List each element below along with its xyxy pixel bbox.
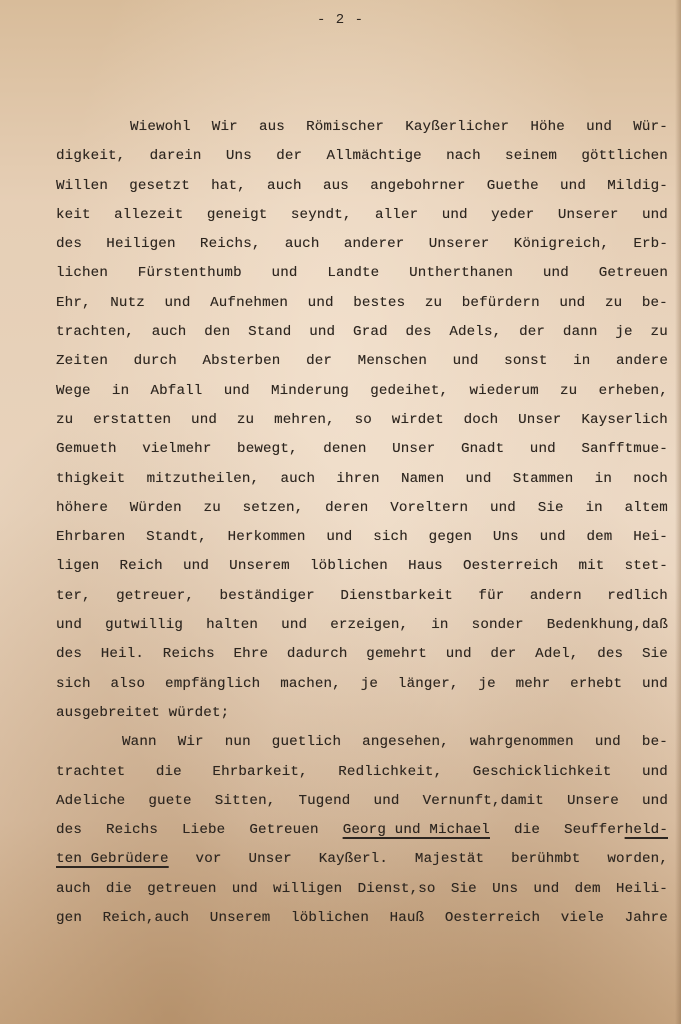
word: zu [56, 406, 73, 435]
word: Getreuen [599, 259, 668, 288]
page-number: - 2 - [0, 12, 681, 28]
word: Adeliche [56, 787, 125, 816]
word: ligen [56, 552, 99, 581]
word: Oesterreich [463, 552, 558, 581]
word: und [183, 552, 209, 581]
text-line: WannWirnunguetlichangesehen,wahrgenommen… [56, 728, 668, 757]
word: zu [605, 289, 622, 318]
word: thigkeit [56, 465, 125, 494]
word: und [326, 523, 352, 552]
word: seyndt, [291, 201, 352, 230]
word: halten [206, 611, 258, 640]
word: ter, [56, 582, 91, 611]
word: mitzutheilen, [147, 465, 260, 494]
word: des [56, 640, 82, 669]
word: dem [586, 523, 612, 552]
word: Unserem [210, 904, 271, 933]
word: und [642, 201, 668, 230]
word: Getreuen [249, 816, 318, 845]
word: der [519, 318, 545, 347]
word: darein [150, 142, 202, 171]
word: und [446, 640, 472, 669]
word: Sie [538, 494, 564, 523]
word: machen, [280, 670, 341, 699]
word: und [595, 728, 621, 757]
word: willigen [273, 875, 342, 904]
word: Grad [353, 318, 388, 347]
word: Sanfftmue- [581, 435, 668, 464]
word: Hauß [390, 904, 425, 933]
word: vor [196, 845, 222, 874]
word: und [56, 611, 82, 640]
word: Wiewohl [130, 113, 191, 142]
word: Jahre [625, 904, 668, 933]
word: Sitten, [215, 787, 276, 816]
word: Uns [492, 875, 518, 904]
word: den [204, 318, 230, 347]
word: zu [425, 289, 442, 318]
word: und [308, 289, 334, 318]
word: Abfall [150, 377, 202, 406]
word: Minderung [271, 377, 349, 406]
word: Ehrbarkeit, [212, 758, 307, 787]
word: aller [375, 201, 418, 230]
word: Geschicklichkeit [473, 758, 612, 787]
text-line: desHeiligenReichs,auchandererUnsererKöni… [56, 230, 668, 259]
word: Würden [130, 494, 182, 523]
word: Aufnehmen [210, 289, 288, 318]
word: Absterben [203, 347, 281, 376]
word: Majestät [415, 845, 484, 874]
word: seinem [505, 142, 557, 171]
word: auch [56, 875, 91, 904]
word: Reichs [163, 640, 215, 669]
word: Liebe [182, 816, 225, 845]
word: sonder [472, 611, 524, 640]
word: Wann [122, 728, 157, 757]
word: und [374, 787, 400, 816]
word: Sie [451, 875, 477, 904]
text-line: digkeit,dareinUnsderAllmächtigenachseine… [56, 142, 668, 171]
word: Unserer [558, 201, 619, 230]
word: des [56, 230, 82, 259]
word: Tugend [298, 787, 350, 816]
word: bestes [353, 289, 405, 318]
word: erheben, [599, 377, 668, 406]
text-line: ausgebreitet würdet; [56, 699, 668, 728]
word: in [586, 494, 603, 523]
word: Unser [392, 435, 435, 464]
word: Allmächtige [326, 142, 421, 171]
text-line: undgutwillighaltenunderzeigen,insonderBe… [56, 611, 668, 640]
word: und [466, 465, 492, 494]
word: stet- [625, 552, 668, 581]
word: gutwillig [105, 611, 183, 640]
text-line: desHeil.ReichsEhredadurchgemehrtundderAd… [56, 640, 668, 669]
word: Stammen [513, 465, 574, 494]
text-line: ten GebrüderevorUnserKayßerl.Majestätber… [56, 845, 668, 874]
word: Zeiten [56, 347, 108, 376]
word: deren [325, 494, 368, 523]
word: Stand [248, 318, 291, 347]
word: keit [56, 201, 91, 230]
word: aus [323, 172, 349, 201]
word: Unserem [229, 552, 290, 581]
text-line: desReichsLiebeGetreuenGeorg und Michaeld… [56, 816, 668, 845]
word: yeder [491, 201, 534, 230]
word: Adel, [535, 640, 578, 669]
word: Heili- [616, 875, 668, 904]
word: je [478, 670, 495, 699]
word: Dienst,so [358, 875, 436, 904]
word: dadurch [287, 640, 348, 669]
word: guetlich [272, 728, 341, 757]
word: und [191, 406, 217, 435]
word: befürdern [462, 289, 540, 318]
word: empfänglich [165, 670, 260, 699]
word: sonst [504, 347, 547, 376]
word: und [642, 758, 668, 787]
text-line: trachten,auchdenStandundGraddesAdels,der… [56, 318, 668, 347]
word: und [530, 435, 556, 464]
word: vielmehr [142, 435, 211, 464]
word: Dienstbarkeit [340, 582, 453, 611]
word: erstatten [93, 406, 171, 435]
word: andern [530, 582, 582, 611]
word: be- [642, 289, 668, 318]
word: Guethe [487, 172, 539, 201]
word: Reichs [106, 816, 158, 845]
word: für [478, 582, 504, 611]
text-line: thigkeitmitzutheilen,auchihrenNamenundSt… [56, 465, 668, 494]
underlined-surname-end: ten Gebrüdere [56, 845, 169, 874]
text-line: AdelichegueteSitten,TugendundVernunft,da… [56, 787, 668, 816]
text-line: lichenFürstenthumbundLandteUntherthanenu… [56, 259, 668, 288]
word: mehren, [274, 406, 335, 435]
word: gegen [429, 523, 472, 552]
word: anderer [344, 230, 405, 259]
word: nach [446, 142, 481, 171]
word: sich [56, 670, 91, 699]
word: wahrgenommen [470, 728, 574, 757]
word: Wür- [633, 113, 668, 142]
word: Ehrbaren [56, 523, 125, 552]
word: Willen [56, 172, 108, 201]
word: Nutz [110, 289, 145, 318]
word: zu [204, 494, 221, 523]
text-line: WiewohlWirausRömischerKayßerlicherHöheun… [56, 113, 668, 142]
word: Wir [212, 113, 238, 142]
word: Reich,auch [103, 904, 190, 933]
word: berühmbt [511, 845, 580, 874]
word: Unser [248, 845, 291, 874]
word: worden, [607, 845, 668, 874]
word: Vernunft,damit [423, 787, 544, 816]
word: und [281, 611, 307, 640]
text-line: Gemuethvielmehrbewegt,denenUnserGnadtund… [56, 435, 668, 464]
word: Höhe [530, 113, 565, 142]
word: nun [225, 728, 251, 757]
text-line: ter,getreuer,beständigerDienstbarkeitfür… [56, 582, 668, 611]
word: und [453, 347, 479, 376]
word: in [573, 347, 590, 376]
word: der [276, 142, 302, 171]
word: Gemueth [56, 435, 117, 464]
word: auch [285, 230, 320, 259]
text-line: Ehr,NutzundAufnehmenundbesteszubefürdern… [56, 289, 668, 318]
word: Mildig- [607, 172, 668, 201]
word: lichen [56, 259, 108, 288]
word: angebohrner [370, 172, 465, 201]
underlined-names: Georg und Michael [343, 816, 490, 845]
word: und [442, 201, 468, 230]
word: setzen, [243, 494, 304, 523]
text-line: sichalsoempfänglichmachen,jelänger,jemeh… [56, 670, 668, 699]
text-line: keitallezeitgeneigtseyndt,allerundyederU… [56, 201, 668, 230]
word: der [306, 347, 332, 376]
text-line: EhrbarenStandt,HerkommenundsichgegenUnsu… [56, 523, 668, 552]
word: zu [560, 377, 577, 406]
word: Haus [408, 552, 443, 581]
word: Hei- [633, 523, 668, 552]
word: und [165, 289, 191, 318]
word: Sie [642, 640, 668, 669]
word: des [56, 816, 82, 845]
word: Reichs, [200, 230, 261, 259]
text-line: höhereWürdenzusetzen,derenVorelternundSi… [56, 494, 668, 523]
word: auch [152, 318, 187, 347]
word: erhebt [570, 670, 622, 699]
word: beständiger [220, 582, 315, 611]
word: mit [578, 552, 604, 581]
word: des [406, 318, 432, 347]
word: ihren [336, 465, 379, 494]
surname-part: Seufferheld- [564, 816, 668, 845]
text-line: Willengesetzthat,auchausangebohrnerGueth… [56, 172, 668, 201]
word: Bedenkhung,daß [547, 611, 668, 640]
word: Gnadt [461, 435, 504, 464]
word: so [355, 406, 372, 435]
word: und [586, 113, 612, 142]
text-line: genReich,auchUnseremlöblichenHaußOesterr… [56, 904, 668, 933]
word: erzeigen, [330, 611, 408, 640]
word: die [156, 758, 182, 787]
word: und [642, 670, 668, 699]
word: löblichen [291, 904, 369, 933]
word: aus [259, 113, 285, 142]
word: Wir [178, 728, 204, 757]
word: göttlichen [581, 142, 668, 171]
word: wirdet [392, 406, 444, 435]
word: redlich [607, 582, 668, 611]
word: bewegt, [237, 435, 298, 464]
word: Untherthanen [409, 259, 513, 288]
word: wiederum [469, 377, 538, 406]
word: Oesterreich [445, 904, 540, 933]
word: Wege [56, 377, 91, 406]
word: getreuer, [116, 582, 194, 611]
text-line: trachtetdieEhrbarkeit,Redlichkeit,Geschi… [56, 758, 668, 787]
word: und [272, 259, 298, 288]
word: und [533, 875, 559, 904]
word: und [559, 289, 585, 318]
word: länger, [398, 670, 459, 699]
word: in [431, 611, 448, 640]
word: Ehre [234, 640, 269, 669]
word: angesehen, [362, 728, 449, 757]
word: dem [575, 875, 601, 904]
word: und [232, 875, 258, 904]
word: gesetzt [129, 172, 190, 201]
word: noch [633, 465, 668, 494]
word: Unserer [429, 230, 490, 259]
word: trachtet [56, 758, 125, 787]
word: und [540, 523, 566, 552]
word: Heil. [101, 640, 144, 669]
text-line: zuerstattenundzumehren,sowirdetdochUnser… [56, 406, 668, 435]
paper-edge-shadow [675, 0, 681, 1024]
word: Namen [401, 465, 444, 494]
word: Königreich, [514, 230, 609, 259]
word: je [615, 318, 632, 347]
word: Ehr, [56, 289, 91, 318]
word: und [642, 787, 668, 816]
word: gen [56, 904, 82, 933]
word: Adels, [449, 318, 501, 347]
word: dann [563, 318, 598, 347]
word: zu [651, 318, 668, 347]
word: Kayserlich [581, 406, 668, 435]
word: und [560, 172, 586, 201]
word: und [490, 494, 516, 523]
word: und [224, 377, 250, 406]
word: andere [616, 347, 668, 376]
word: altem [625, 494, 668, 523]
word: viele [561, 904, 604, 933]
word: je [361, 670, 378, 699]
word: gemehrt [366, 640, 427, 669]
word: und [309, 318, 335, 347]
word: des [597, 640, 623, 669]
word: sich [373, 523, 408, 552]
word: auch [280, 465, 315, 494]
word: mehr [516, 670, 551, 699]
word: doch [464, 406, 499, 435]
word: digkeit, [56, 142, 125, 171]
word: Fürstenthumb [138, 259, 242, 288]
word: Römischer [306, 113, 384, 142]
word: Redlichkeit, [338, 758, 442, 787]
text-line: ligenReichundUnseremlöblichenHausOesterr… [56, 552, 668, 581]
word: Unser [518, 406, 561, 435]
word: zu [237, 406, 254, 435]
word: also [111, 670, 146, 699]
word: trachten, [56, 318, 134, 347]
word: Standt, [146, 523, 207, 552]
word: Kayßerl. [319, 845, 388, 874]
word: Menschen [358, 347, 427, 376]
word: der [490, 640, 516, 669]
word: geneigt [207, 201, 268, 230]
word: be- [642, 728, 668, 757]
word: hat, [211, 172, 246, 201]
word: Uns [493, 523, 519, 552]
word: denen [323, 435, 366, 464]
word: getreuen [147, 875, 216, 904]
word: die [514, 816, 540, 845]
word: Herkommen [228, 523, 306, 552]
text-line: ZeitendurchAbsterbenderMenschenundsonsti… [56, 347, 668, 376]
word: Erb- [633, 230, 668, 259]
word: löblichen [310, 552, 388, 581]
word: die [106, 875, 132, 904]
document-body: WiewohlWirausRömischerKayßerlicherHöheun… [56, 113, 668, 933]
word: Kayßerlicher [405, 113, 509, 142]
word: Landte [327, 259, 379, 288]
word: Unsere [567, 787, 619, 816]
word: Heiligen [106, 230, 175, 259]
word: in [112, 377, 129, 406]
word: Reich [120, 552, 163, 581]
word: auch [267, 172, 302, 201]
word: und [543, 259, 569, 288]
text-line: WegeinAbfallundMinderunggedeihet,wiederu… [56, 377, 668, 406]
word: allezeit [114, 201, 183, 230]
word: guete [148, 787, 191, 816]
word: Voreltern [390, 494, 468, 523]
word: in [595, 465, 612, 494]
word: höhere [56, 494, 108, 523]
word: durch [134, 347, 177, 376]
word: gedeihet, [370, 377, 448, 406]
word: Uns [226, 142, 252, 171]
text-line: auchdiegetreuenundwilligenDienst,soSieUn… [56, 875, 668, 904]
